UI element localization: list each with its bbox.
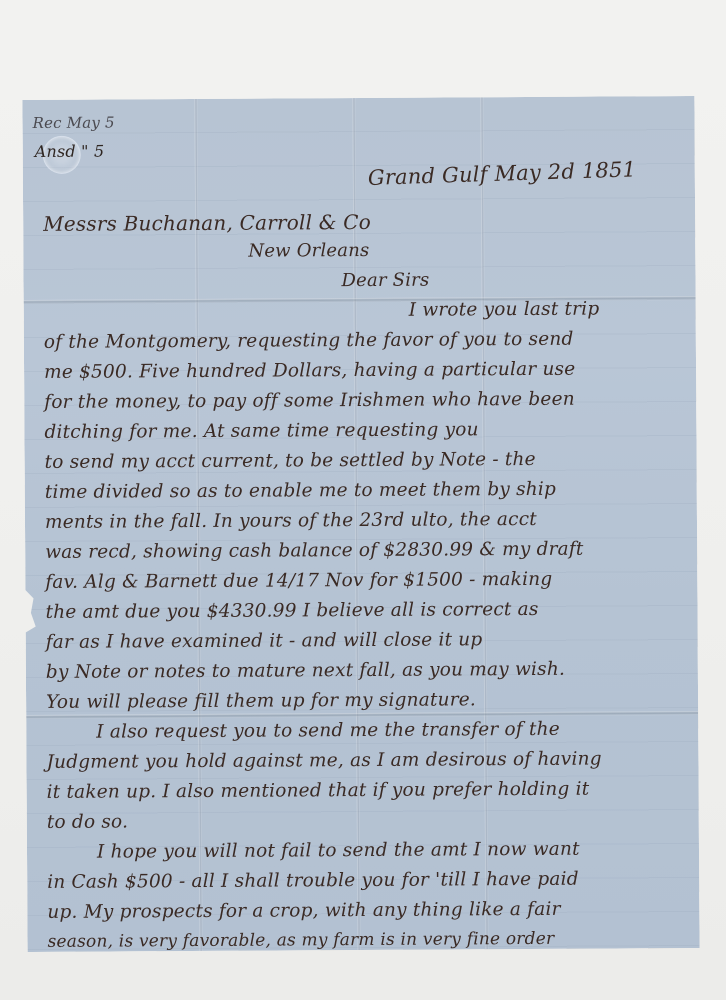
- body-line-14: You will please fill them up for my sign…: [46, 689, 476, 713]
- body-line-10: fav. Alg & Barnett due 14/17 Nov for $15…: [45, 569, 552, 593]
- body-line-9: was recd, showing cash balance of $2830.…: [45, 539, 583, 563]
- body-line-1: I wrote you last trip: [409, 299, 600, 321]
- addressee-line-1: Messrs Buchanan, Carroll & Co: [43, 210, 371, 236]
- letter-sheet: Rec May 5 Ansd " 5 Grand Gulf May 2d 185…: [22, 96, 699, 952]
- dateline: Grand Gulf May 2d 1851: [367, 157, 636, 190]
- body-line-13: by Note or notes to mature next fall, as…: [46, 659, 565, 683]
- body-line-21: up. My prospects for a crop, with any th…: [47, 899, 560, 923]
- body-line-18: to do so.: [47, 811, 128, 832]
- body-line-7: time divided so as to enable me to meet …: [45, 479, 556, 503]
- body-line-6: to send my acct current, to be settled b…: [45, 449, 536, 473]
- body-line-2: of the Montgomery, requesting the favor …: [44, 329, 574, 353]
- addressee-line-2: New Orleans: [248, 240, 369, 262]
- body-line-17: it taken up. I also mentioned that if yo…: [47, 779, 590, 803]
- body-line-19: I hope you will not fail to send the amt…: [97, 839, 580, 863]
- body-line-5: ditching for me. At same time requesting…: [44, 419, 478, 443]
- body-line-20: in Cash $500 - all I shall trouble you f…: [47, 869, 579, 893]
- docket-answered: Ansd " 5: [35, 142, 105, 161]
- body-line-3: me $500. Five hundred Dollars, having a …: [44, 359, 575, 383]
- body-line-4: for the money, to pay off some Irishmen …: [44, 389, 575, 413]
- body-line-8: ments in the fall. In yours of the 23rd …: [45, 509, 537, 533]
- salutation: Dear Sirs: [341, 270, 429, 292]
- body-line-15: I also request you to send me the transf…: [96, 719, 560, 743]
- body-line-22: season, is very favorable, as my farm is…: [47, 929, 554, 952]
- body-line-11: the amt due you $4330.99 I believe all i…: [45, 599, 538, 623]
- body-line-16: Judgment you hold against me, as I am de…: [46, 749, 601, 773]
- body-line-12: far as I have examined it - and will clo…: [46, 629, 483, 653]
- docket-received: Rec May 5: [32, 113, 114, 132]
